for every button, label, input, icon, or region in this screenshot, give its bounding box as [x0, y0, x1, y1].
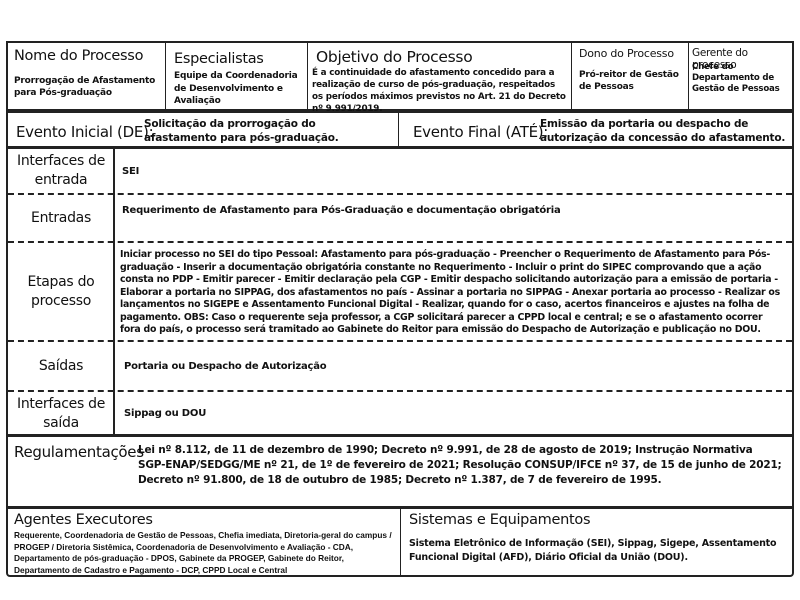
row-input-interfaces: Interfaces de entrada SEI — [8, 149, 792, 195]
objective-cell: Objetivo do Processo É a continuidade do… — [307, 41, 572, 111]
process-manager-value: Chefe do Departamento de Gestão de Pesso… — [692, 62, 791, 95]
row-value: Sippag ou DOU — [124, 392, 784, 435]
row-output-interfaces: Interfaces de saída Sippag ou DOU — [8, 392, 792, 435]
process-name-value: Prorrogação de Afastamento para Pós-grad… — [14, 75, 161, 99]
initial-event-value: Solicitação da prorrogação do afastament… — [144, 117, 378, 145]
process-owner-cell: Dono do Processo Pró-reitor de Gestão de… — [571, 41, 689, 111]
row-value: Requerimento de Afastamento para Pós-Gra… — [122, 195, 784, 241]
systems-equipment-cell: Sistemas e Equipamentos Sistema Eletrôni… — [400, 508, 794, 577]
final-event-title: Evento Final (ATÉ): — [413, 123, 548, 141]
column-divider — [113, 149, 115, 434]
final-event-value: Emissão da portaria ou despacho de autor… — [540, 117, 788, 145]
process-owner-title: Dono do Processo — [579, 47, 674, 60]
row-label: Entradas — [8, 195, 114, 241]
process-manager-cell: Gerente do processo Chefe do Departament… — [688, 41, 794, 111]
row-label: Interfaces de entrada — [8, 149, 114, 193]
specialists-value: Equipe da Coordenadoria de Desenvolvimen… — [174, 70, 303, 108]
regulations-title: Regulamentações — [14, 443, 144, 461]
row-label: Etapas do processo — [8, 243, 114, 340]
regulations-cell: Regulamentações Lei nº 8.112, de 11 de d… — [6, 436, 794, 508]
initial-event-title: Evento Inicial (DE): — [16, 123, 153, 141]
row-inputs: Entradas Requerimento de Afastamento par… — [8, 195, 792, 243]
systems-equipment-title: Sistemas e Equipamentos — [409, 512, 590, 528]
process-owner-value: Pró-reitor de Gestão de Pessoas — [579, 69, 682, 93]
final-event-cell: Evento Final (ATÉ): Emissão da portaria … — [398, 111, 794, 148]
objective-title: Objetivo do Processo — [316, 48, 472, 66]
row-value: SEI — [122, 149, 784, 193]
executing-agents-title: Agentes Executores — [14, 512, 153, 528]
row-label: Interfaces de saída — [8, 392, 114, 435]
row-label: Saídas — [8, 342, 114, 390]
row-outputs: Saídas Portaria ou Despacho de Autorizaç… — [8, 342, 792, 392]
executing-agents-value: Requerente, Coordenadoria de Gestão de P… — [14, 530, 396, 576]
process-name-title: Nome do Processo — [14, 48, 143, 64]
regulations-value: Lei nº 8.112, de 11 de dezembro de 1990;… — [138, 443, 782, 488]
row-value: Portaria ou Despacho de Autorização — [124, 342, 784, 390]
specialists-title: Especialistas — [174, 51, 264, 67]
process-details-table: Interfaces de entrada SEI Entradas Reque… — [6, 148, 794, 436]
row-process-steps: Etapas do processo Iniciar processo no S… — [8, 243, 792, 342]
initial-event-cell: Evento Inicial (DE): Solicitação da pror… — [6, 111, 399, 148]
executing-agents-cell: Agentes Executores Requerente, Coordenad… — [6, 508, 401, 577]
specialists-cell: Especialistas Equipe da Coordenadoria de… — [165, 41, 308, 111]
systems-equipment-value: Sistema Eletrônico de Informação (SEI), … — [409, 537, 786, 565]
process-name-cell: Nome do Processo Prorrogação de Afastame… — [6, 41, 166, 111]
objective-value: É a continuidade do afastamento concedid… — [312, 67, 567, 115]
row-value: Iniciar processo no SEI do tipo Pessoal:… — [120, 243, 784, 340]
